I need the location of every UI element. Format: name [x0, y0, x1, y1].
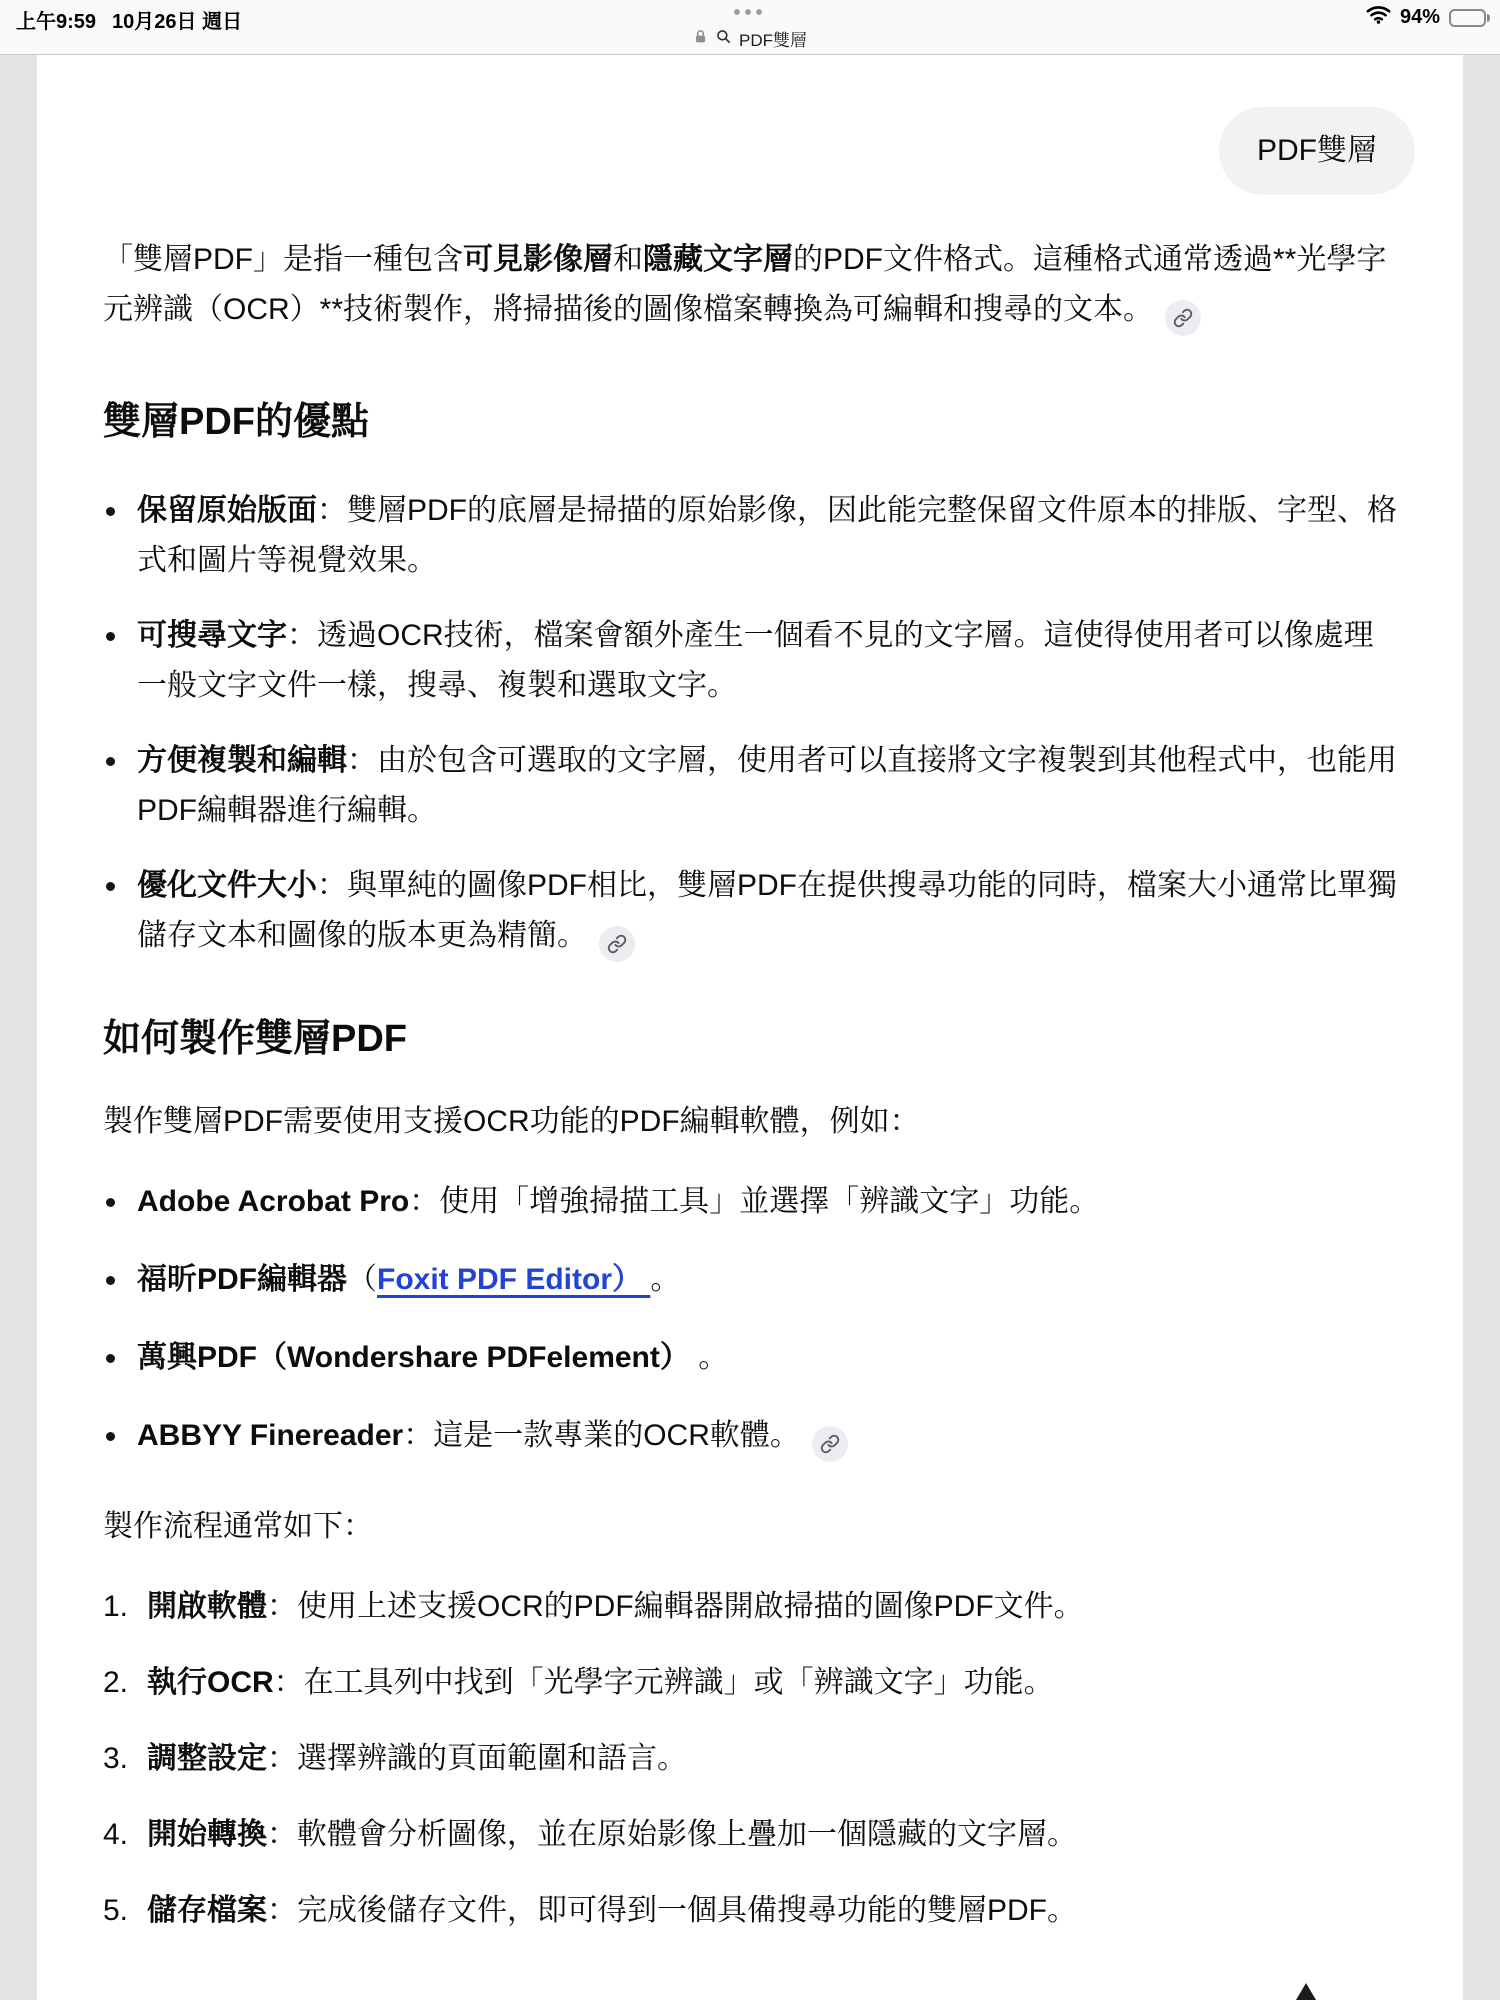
page-background: PDF雙層 「雙層PDF」是指一種包含可見影像層和隱藏文字層的PDF文件格式。這… [0, 55, 1500, 2000]
steps-list: 1.開啟軟體：使用上述支援OCR的PDF編輯器開啟掃描的圖像PDF文件。 2.執… [103, 1582, 1397, 1962]
text-segment: 和 [613, 243, 643, 276]
step-number: 5. [103, 1886, 147, 1936]
text-segment: 方便複製和編輯 [137, 744, 347, 777]
list-item: 4.開始轉換：軟體會分析圖像，並在原始影像上疊加一個隱藏的文字層。 [103, 1810, 1397, 1860]
link-icon[interactable] [1165, 300, 1201, 336]
inline-link[interactable]: Foxit PDF Editor） [377, 1263, 650, 1296]
status-left: 上午9:59 10月26日 週日 [16, 5, 242, 34]
software-list: Adobe Acrobat Pro：使用「增強掃描工具」並選擇「辨識文字」功能。… [103, 1177, 1397, 1490]
text-segment: （ [347, 1263, 377, 1296]
battery-percent: 94% [1400, 6, 1440, 29]
text-segment: ：與單純的圖像PDF相比，雙層PDF在提供搜尋功能的同時，檔案大小通常比單獨儲存… [137, 869, 1397, 952]
text-segment: 福昕PDF編輯器 [137, 1263, 347, 1296]
bullet-dot [106, 1432, 115, 1441]
text-segment: 執行OCR [147, 1666, 274, 1699]
advantages-list: 保留原始版面：雙層PDF的底層是掃描的原始影像，因此能完整保留文件原本的排版、字… [103, 486, 1397, 987]
list-item: ABBYY Finereader：這是一款專業的OCR軟體。 [103, 1411, 1397, 1462]
text-segment: 開始轉換 [147, 1818, 267, 1851]
list-item: 保留原始版面：雙層PDF的底層是掃描的原始影像，因此能完整保留文件原本的排版、字… [103, 486, 1397, 586]
time-label: 上午9:59 [16, 5, 96, 34]
list-item: 福昕PDF編輯器（Foxit PDF Editor） 。 [103, 1255, 1397, 1305]
step-number: 1. [103, 1582, 147, 1632]
list-item: Adobe Acrobat Pro：使用「增強掃描工具」並選擇「辨識文字」功能。 [103, 1177, 1397, 1227]
bullet-dot [106, 1276, 115, 1285]
step-number: 2. [103, 1658, 147, 1708]
text-segment: ：在工具列中找到「光學字元辨識」或「辨識文字」功能。 [274, 1666, 1054, 1699]
link-icon[interactable] [812, 1426, 848, 1462]
process-intro: 製作流程通常如下： [103, 1502, 1397, 1552]
step-number: 3. [103, 1734, 147, 1784]
text-segment: ABBYY Finereader [137, 1419, 403, 1452]
bullet-dot [106, 1198, 115, 1207]
text-segment: 保留原始版面 [137, 494, 317, 527]
lock-icon [693, 29, 708, 49]
date-label: 10月26日 週日 [112, 5, 242, 34]
text-segment: ：選擇辨識的頁面範圍和語言。 [267, 1742, 687, 1775]
heading-advantages: 雙層PDF的優點 [103, 398, 1397, 446]
content-card: PDF雙層 「雙層PDF」是指一種包含可見影像層和隱藏文字層的PDF文件格式。這… [37, 55, 1463, 2000]
address-bar[interactable]: PDF雙層 [693, 26, 807, 51]
text-segment: 優化文件大小 [137, 869, 317, 902]
list-item: 1.開啟軟體：使用上述支援OCR的PDF編輯器開啟掃描的圖像PDF文件。 [103, 1582, 1397, 1632]
text-segment: ：透過OCR技術，檔案會額外產生一個看不見的文字層。這使得使用者可以像處理一般文… [137, 619, 1374, 702]
intro-paragraph: 「雙層PDF」是指一種包含可見影像層和隱藏文字層的PDF文件格式。這種格式通常透… [103, 235, 1397, 336]
bullet-dot [106, 507, 115, 516]
page-title: PDF雙層 [739, 26, 807, 51]
step-number: 4. [103, 1810, 147, 1860]
text-segment: ：使用「增強掃描工具」並選擇「辨識文字」功能。 [409, 1185, 1099, 1218]
text-segment: 可見影像層 [463, 243, 613, 276]
search-icon [716, 29, 731, 49]
text-segment: ：軟體會分析圖像，並在原始影像上疊加一個隱藏的文字層。 [267, 1818, 1077, 1851]
list-item: 可搜尋文字：透過OCR技術，檔案會額外產生一個看不見的文字層。這使得使用者可以像… [103, 611, 1397, 711]
bullet-dot [106, 1354, 115, 1363]
text-segment: ：使用上述支援OCR的PDF編輯器開啟掃描的圖像PDF文件。 [267, 1590, 1084, 1623]
text-segment: 調整設定 [147, 1742, 267, 1775]
bullet-dot [106, 882, 115, 891]
text-segment: ：雙層PDF的底層是掃描的原始影像，因此能完整保留文件原本的排版、字型、格式和圖… [137, 494, 1397, 577]
user-message-bubble: PDF雙層 [1219, 107, 1415, 195]
text-segment: 儲存檔案 [147, 1894, 267, 1927]
text-segment: 。 [690, 1341, 728, 1374]
heading-howto: 如何製作雙層PDF [103, 1015, 1397, 1063]
battery-icon [1449, 9, 1486, 27]
text-segment: 可搜尋文字 [137, 619, 287, 652]
multitask-indicator: ••• [733, 2, 766, 25]
scroll-indicator[interactable] [1296, 1983, 1316, 2000]
bullet-dot [106, 757, 115, 766]
screen: 上午9:59 10月26日 週日 ••• PDF雙層 94% PDF雙層 [0, 0, 1500, 2000]
list-item: 2.執行OCR：在工具列中找到「光學字元辨識」或「辨識文字」功能。 [103, 1658, 1397, 1708]
status-right: 94% [1366, 5, 1486, 30]
text-segment: Adobe Acrobat Pro [137, 1185, 409, 1218]
link-icon[interactable] [599, 926, 635, 962]
list-item: 優化文件大小：與單純的圖像PDF相比，雙層PDF在提供搜尋功能的同時，檔案大小通… [103, 861, 1397, 962]
list-item: 3.調整設定：選擇辨識的頁面範圍和語言。 [103, 1734, 1397, 1784]
wifi-icon [1366, 5, 1391, 30]
list-item: 萬興PDF（Wondershare PDFelement） 。 [103, 1333, 1397, 1383]
text-segment: 。 [650, 1263, 680, 1296]
text-segment: ：完成後儲存文件，即可得到一個具備搜尋功能的雙層PDF。 [267, 1894, 1077, 1927]
text-segment: 萬興PDF（Wondershare PDFelement） [137, 1341, 690, 1374]
text-segment: ：這是一款專業的OCR軟體。 [403, 1419, 800, 1452]
text-segment: 開啟軟體 [147, 1590, 267, 1623]
list-item: 5.儲存檔案：完成後儲存文件，即可得到一個具備搜尋功能的雙層PDF。 [103, 1886, 1397, 1936]
bullet-dot [106, 632, 115, 641]
chat-content: PDF雙層 「雙層PDF」是指一種包含可見影像層和隱藏文字層的PDF文件格式。這… [37, 55, 1463, 1962]
howto-intro: 製作雙層PDF需要使用支援OCR功能的PDF編輯軟體，例如： [103, 1097, 1397, 1147]
list-item: 方便複製和編輯：由於包含可選取的文字層，使用者可以直接將文字複製到其他程式中，也… [103, 736, 1397, 836]
text-segment: 「雙層PDF」是指一種包含 [103, 243, 463, 276]
text-segment: 隱藏文字層 [643, 243, 793, 276]
status-bar: 上午9:59 10月26日 週日 ••• PDF雙層 94% [0, 0, 1500, 55]
